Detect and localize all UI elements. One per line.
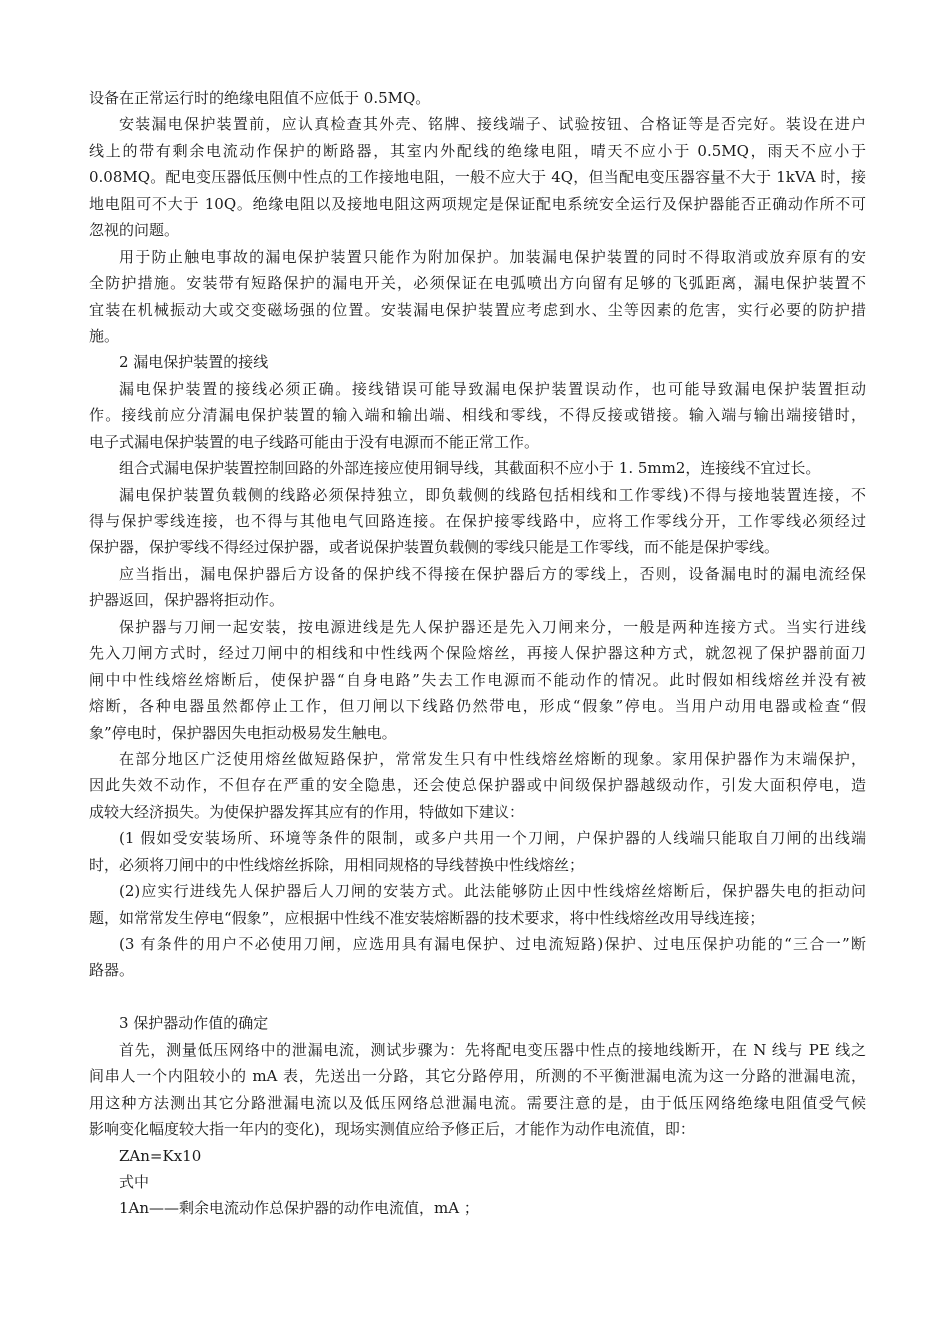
text-line: 用这种方法测出其它分路泄漏电流以及低压网络总泄漏电流。需要注意的是，由于低压网络… — [89, 1090, 866, 1116]
text-line: 题，如常常发生停电“假象”，应根据中性线不准安装熔断器的技术要求，将中性线熔丝改… — [89, 905, 866, 931]
text-line: 0.08MQ。配电变压器低压侧中性点的工作接地电阻，一般不应大于 4Q，但当配电… — [89, 164, 866, 190]
text-line: 电子式漏电保护装置的电子线路可能由于没有电源而不能正常工作。 — [89, 429, 866, 455]
text-line: 地电阻可不大于 10Q。绝缘电阻以及接地电阻这两项规定是保证配电系统安全运行及保… — [89, 191, 866, 217]
text-line: 间串人一个内阻较小的 mA 表，先送出一分路，其它分路停用，所测的不平衡泄漏电流… — [89, 1063, 866, 1089]
text-line: 全防护措施。安装带有短路保护的漏电开关，必须保证在电弧喷出方向留有足够的飞弧距离… — [89, 270, 866, 296]
text-line: 作。接线前应分清漏电保护装置的输入端和输出端、相线和零线，不得反接或错接。输入端… — [89, 402, 866, 428]
text-line: 路器。 — [89, 957, 866, 983]
text-line: 得与保护零线连接，也不得与其他电气回路连接。在保护接零线路中，应将工作零线分开，… — [89, 508, 866, 534]
text-line: 在部分地区广泛使用熔丝做短路保护，常常发生只有中性线熔丝熔断的现象。家用保护器作… — [89, 746, 866, 772]
document-page: 设备在正常运行时的绝缘电阻值不应低于 0.5MQ。安装漏电保护装置前，应认真检查… — [89, 85, 866, 1222]
text-line: 成较大经济损失。为使保护器发挥其应有的作用，特做如下建议： — [89, 799, 866, 825]
text-line: 线上的带有剩余电流动作保护的断路器，其室内外配线的绝缘电阻，晴天不应小于 0.5… — [89, 138, 866, 164]
text-line: 先入刀闸方式时，经过刀闸中的相线和中性线两个保险熔丝，再接人保护器这种方式，就忽… — [89, 640, 866, 666]
text-line: 忽视的问题。 — [89, 217, 866, 243]
text-line: 施。 — [89, 323, 866, 349]
text-line: 保护器，保护零线不得经过保护器，或者说保护装置负载侧的零线只能是工作零线，而不能… — [89, 534, 866, 560]
text-line: 因此失效不动作，不但存在严重的安全隐患，还会使总保护器或中间级保护器越级动作，引… — [89, 772, 866, 798]
text-line: 用于防止触电事故的漏电保护装置只能作为附加保护。加装漏电保护装置的同时不得取消或… — [89, 244, 866, 270]
text-line: 保护器与刀闸一起安装，按电源进线是先人保护器还是先入刀闸来分，一般是两种连接方式… — [89, 614, 866, 640]
text-line: (3 有条件的用户不必使用刀闸，应选用具有漏电保护、过电流短路)保护、过电压保护… — [89, 931, 866, 957]
text-line: 3 保护器动作值的确定 — [89, 1010, 866, 1036]
text-line: 2 漏电保护装置的接线 — [89, 349, 866, 375]
text-line: 影响变化幅度较大指一年内的变化)，现场实测值应给予修正后，才能作为动作电流值，即… — [89, 1116, 866, 1142]
text-line: 安装漏电保护装置前，应认真检查其外壳、铭牌、接线端子、试验按钮、合格证等是否完好… — [89, 111, 866, 137]
text-line: 漏电保护装置负载侧的线路必须保持独立，即负载侧的线路包括相线和工作零线)不得与接… — [89, 482, 866, 508]
text-line: 闸中中性线熔丝熔断后，使保护器“自身电路”失去工作电源而不能动作的情况。此时假如… — [89, 667, 866, 693]
text-line: 1An——剩余电流动作总保护器的动作电流值，mA ； — [89, 1195, 866, 1221]
text-line: 首先，测量低压网络中的泄漏电流，测试步骤为：先将配电变压器中性点的接地线断开，在… — [89, 1037, 866, 1063]
blank-line — [89, 984, 866, 1010]
text-line: 时，必须将刀闸中的中性线熔丝拆除，用相同规格的导线替换中性线熔丝； — [89, 852, 866, 878]
text-line: (2)应实行进线先人保护器后人刀闸的安装方式。此法能够防止因中性线熔丝熔断后，保… — [89, 878, 866, 904]
text-line: 设备在正常运行时的绝缘电阻值不应低于 0.5MQ。 — [89, 85, 866, 111]
text-line: 漏电保护装置的接线必须正确。接线错误可能导致漏电保护装置误动作，也可能导致漏电保… — [89, 376, 866, 402]
text-line: (1 假如受安装场所、环境等条件的限制，或多户共用一个刀闸，户保护器的人线端只能… — [89, 825, 866, 851]
text-line: 护器返回，保护器将拒动作。 — [89, 587, 866, 613]
text-line: 熔断，各种电器虽然都停止工作，但刀闸以下线路仍然带电，形成“假象”停电。当用户动… — [89, 693, 866, 719]
text-line: 象”停电时，保护器因失电拒动极易发生触电。 — [89, 720, 866, 746]
text-line: 宜装在机械振动大或交变磁场强的位置。安装漏电保护装置应考虑到水、尘等因素的危害，… — [89, 297, 866, 323]
text-line: ZAn=Kx10 — [89, 1143, 866, 1169]
text-line: 应当指出，漏电保护器后方设备的保护线不得接在保护器后方的零线上，否则，设备漏电时… — [89, 561, 866, 587]
text-line: 式中 — [89, 1169, 866, 1195]
text-line: 组合式漏电保护装置控制回路的外部连接应使用铜导线，其截面积不应小于 1. 5mm… — [89, 455, 866, 481]
